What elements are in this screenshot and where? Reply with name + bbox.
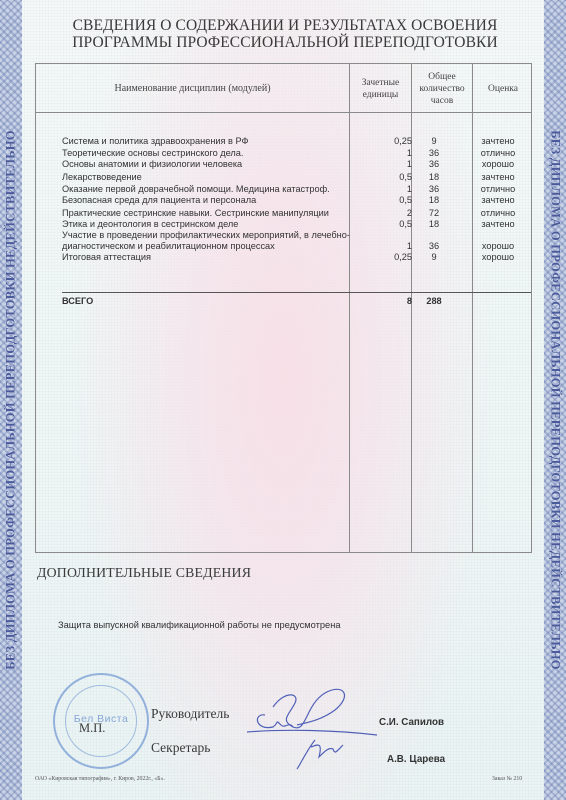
- grade-cell: зачтено: [468, 219, 528, 229]
- signature-icon: [245, 685, 380, 770]
- hours-cell: 18: [404, 219, 464, 229]
- hours-cell: 36: [404, 159, 464, 169]
- hours-cell: 18: [404, 172, 464, 182]
- hours-cell: 36: [404, 241, 464, 251]
- grade-cell: отлично: [468, 148, 528, 158]
- discipline-name: Практические сестринские навыки. Сестрин…: [62, 208, 329, 218]
- printer-imprint: ОАО «Кировская типография», г. Киров, 20…: [35, 776, 165, 782]
- discipline-name: Безопасная среда для пациента и персонал…: [62, 195, 256, 205]
- additional-info-note: Защита выпускной квалификационной работы…: [58, 620, 341, 630]
- total-label: ВСЕГО: [62, 296, 93, 306]
- page-title-line-1: СВЕДЕНИЯ О СОДЕРЖАНИИ И РЕЗУЛЬТАТАХ ОСВО…: [40, 18, 530, 34]
- disciplines-table: Наименование дисциплин (модулей) Зачетны…: [35, 63, 532, 553]
- discipline-name: Теоретические основы сестринского дела.: [62, 148, 243, 158]
- grade-cell: хорошо: [468, 252, 528, 262]
- discipline-name: Участие в проведении профилактических ме…: [62, 230, 350, 240]
- page-title-line-2: ПРОГРАММЫ ПРОФЕССИОНАЛЬНОЙ ПЕРЕПОДГОТОВК…: [40, 35, 530, 51]
- additional-info-heading: ДОПОЛНИТЕЛЬНЫЕ СВЕДЕНИЯ: [37, 565, 251, 581]
- grade-cell: зачтено: [468, 172, 528, 182]
- discipline-name: Основы анатомии и физиологии человека: [62, 159, 242, 169]
- grade-cell: зачтено: [468, 195, 528, 205]
- secretary-name: А.В. Царева: [387, 754, 445, 765]
- left-border-legend: БЕЗ ДИПЛОМА О ПРОФЕССИОНАЛЬНОЙ ПЕРЕПОДГО…: [4, 130, 19, 669]
- discipline-name: Оказание первой доврачебной помощи. Меди…: [62, 184, 330, 194]
- total-divider: [62, 292, 531, 293]
- order-number: Заказ № 210: [492, 776, 522, 782]
- stamp-place-label: М.П.: [79, 721, 105, 736]
- hours-cell: 9: [404, 252, 464, 262]
- grade-cell: хорошо: [468, 241, 528, 251]
- left-security-border: БЕЗ ДИПЛОМА О ПРОФЕССИОНАЛЬНОЙ ПЕРЕПОДГО…: [0, 0, 22, 800]
- grade-cell: отлично: [468, 208, 528, 218]
- discipline-name: Этика и деонтология в сестринском деле: [62, 219, 238, 229]
- header-grade: Оценка: [473, 64, 533, 113]
- hours-cell: 36: [404, 184, 464, 194]
- column-divider: [349, 64, 350, 552]
- total-hours: 288: [404, 296, 464, 306]
- hours-cell: 9: [404, 136, 464, 146]
- grade-cell: хорошо: [468, 159, 528, 169]
- discipline-name: диагностическом и реабилитационном проце…: [62, 241, 275, 251]
- hours-cell: 36: [404, 148, 464, 158]
- discipline-name: Лекарствоведение: [62, 172, 142, 182]
- grade-cell: отлично: [468, 184, 528, 194]
- hours-cell: 18: [404, 195, 464, 205]
- head-role-label: Руководитель: [151, 706, 229, 722]
- header-credits: Зачетные единицы: [350, 64, 411, 113]
- discipline-name: Итоговая аттестация: [62, 252, 151, 262]
- header-hours: Общее количество часов: [412, 64, 472, 113]
- header-discipline-name: Наименование дисциплин (модулей): [36, 64, 349, 113]
- hours-cell: 72: [404, 208, 464, 218]
- grade-cell: зачтено: [468, 136, 528, 146]
- discipline-name: Система и политика здравоохранения в РФ: [62, 136, 249, 146]
- right-security-border: БЕЗ ДИПЛОМА О ПРОФЕССИОНАЛЬНОЙ ПЕРЕПОДГО…: [544, 0, 566, 800]
- right-border-legend: БЕЗ ДИПЛОМА О ПРОФЕССИОНАЛЬНОЙ ПЕРЕПОДГО…: [548, 130, 563, 669]
- secretary-role-label: Секретарь: [151, 740, 210, 756]
- head-name: С.И. Сапилов: [379, 717, 444, 728]
